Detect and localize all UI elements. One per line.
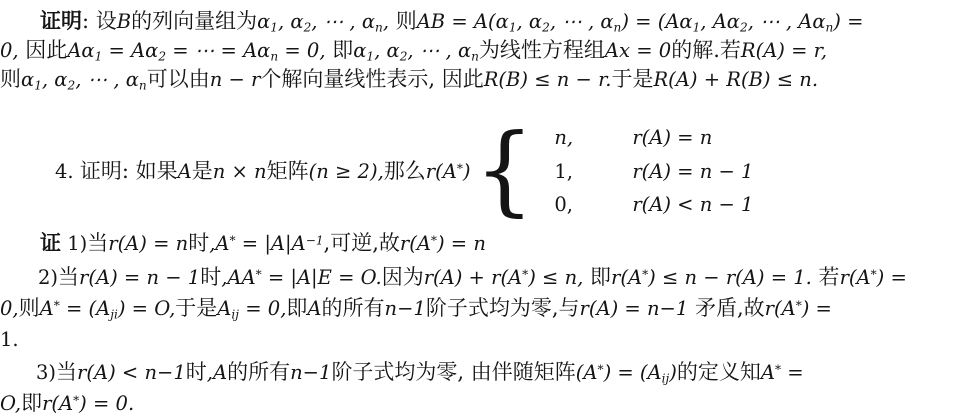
text-line-p1-3: 则α1, α2, ⋯ , αn可以由n − r个解向量线性表示, 因此R(B) … xyxy=(0,65,975,94)
text-line-case2-3: 1. xyxy=(0,324,975,355)
paragraph-proof-case-2: 2)当r(A) = n − 1时,AA* = |A|E = O.因为r(A) +… xyxy=(0,262,975,355)
paragraph-proof-rank-sum: 证明: 设B的列向量组为α1, α2, ⋯ , αn, 则AB = A(α1, … xyxy=(0,7,975,94)
case-value-3: 0, xyxy=(554,188,632,221)
problem-4-statement: 4. 证明: 如果A是n × n矩阵(n ≥ 2),那么r(A*) xyxy=(55,157,471,186)
case-value-2: 1, xyxy=(554,155,632,188)
text-line-case3-1: 3)当r(A) < n−1时,A的所有n−1阶子式均为零, 由伴随矩阵(A*) … xyxy=(0,357,975,388)
case-row-3: 0, r(A) < n − 1 xyxy=(554,188,753,221)
text-line-p1-1: 证明: 设B的列向量组为α1, α2, ⋯ , αn, 则AB = A(α1, … xyxy=(0,7,975,36)
text-line-case1: 证 1)当r(A) = n时,A* = |A|A−1,可逆,故r(A*) = n xyxy=(0,229,975,258)
case-condition-3: r(A) < n − 1 xyxy=(632,188,753,221)
text-line-case2-1: 2)当r(A) = n − 1时,AA* = |A|E = O.因为r(A) +… xyxy=(0,262,975,293)
text-line-case2-2: 0,则A* = (Aji) = O,于是Aij = 0,即A的所有n−1阶子式均… xyxy=(0,293,975,324)
case-condition-2: r(A) = n − 1 xyxy=(632,155,753,188)
case-row-2: 1, r(A) = n − 1 xyxy=(554,155,753,188)
text-line-p1-2: 0, 因此Aα1 = Aα2 = ⋯ = Aαn = 0, 即α1, α2, ⋯… xyxy=(0,36,975,65)
document: 证明: 设B的列向量组为α1, α2, ⋯ , αn, 则AB = A(α1, … xyxy=(0,0,975,413)
cases-brace: { xyxy=(475,118,535,224)
cases-table: n, r(A) = n 1, r(A) = n − 1 0, r(A) < n … xyxy=(554,121,753,221)
case-value-1: n, xyxy=(554,121,632,154)
case-condition-1: r(A) = n xyxy=(632,121,712,154)
paragraph-problem-4: 4. 证明: 如果A是n × n矩阵(n ≥ 2),那么r(A*) { n, r… xyxy=(55,120,975,222)
paragraph-proof-case-3: 3)当r(A) < n−1时,A的所有n−1阶子式均为零, 由伴随矩阵(A*) … xyxy=(0,357,975,413)
case-row-1: n, r(A) = n xyxy=(554,121,753,154)
paragraph-proof-case-1: 证 1)当r(A) = n时,A* = |A|A−1,可逆,故r(A*) = n xyxy=(0,229,975,258)
text-line-case3-2: O,即r(A*) = 0. xyxy=(0,388,975,413)
